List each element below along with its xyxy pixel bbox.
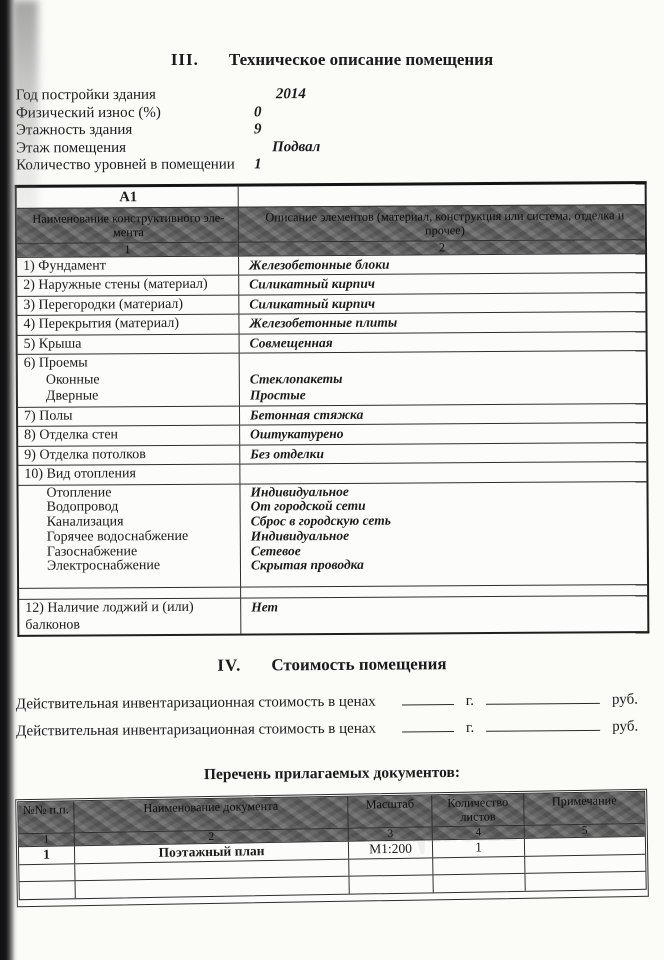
info-label: Физический износ (%) [16,104,240,122]
element-desc: От городской сети [251,497,643,514]
element-name: Отопление [24,485,235,501]
element-desc-cell: Бетонная стяжка [240,403,646,424]
element-name: 6) Проемы [24,354,235,372]
element-desc [251,586,643,596]
info-label: Этажность здания [16,121,240,139]
doc-col-header-note: Примечание [524,792,644,825]
element-name: Дверные [24,387,235,405]
year-blank-field [402,718,454,732]
currency-suffix: руб. [612,686,638,713]
col-header-description: Описание элементов (материал, конструкци… [239,205,645,241]
info-label: Количество уровней в помещении [16,156,240,174]
elements-table: А1 Наименование конструктивного эле­мент… [15,181,650,637]
col-number: 5 [525,824,645,838]
element-desc [250,352,642,371]
doc-cell [525,837,645,855]
element-desc-cell: Железобетонные плиты [239,312,645,333]
element-name: 2) Наружные стены (материал) [23,276,234,294]
cost-label: Действительная инвентаризационная стоимо… [16,688,376,718]
documents-table: №№ п.п. Наименование документа Масштаб К… [17,791,647,900]
info-value: Подвал [240,139,320,157]
element-name-cell: 1) Фундамент [17,256,239,276]
amount-blank-field [486,690,600,705]
info-value: 1 [240,156,262,174]
table-row: 12) Наличие лоджий и (или) балконовНет [19,595,647,635]
info-value: 2014 [240,86,306,104]
element-name: Газоснабжение [25,544,236,560]
doc-col-header-num: №№ п.п. [18,801,75,833]
scan-edge [0,0,18,960]
element-name-cell: 5) Крыша [18,334,240,354]
element-name: 9) Отделка потолков [24,446,235,464]
watermark-text: Циан [381,790,518,856]
element-name: 4) Перекрытия (материал) [23,315,234,333]
document-page: III. Техническое описание помещения Год … [0,0,664,960]
element-name [25,588,236,597]
element-name-cell: 6) ПроемыОконныеДверные [18,353,240,406]
element-desc: Сброс в городскую сеть [251,512,643,529]
element-desc: Индивидуальное [250,482,642,499]
doc-cell [433,874,525,892]
doc-cell [19,864,75,881]
element-name-cell: 8) Отделка стен [18,425,240,445]
col-number: 1 [19,833,75,846]
element-name-cell: ОтоплениеВодопроводКанализацияГорячее во… [18,484,241,588]
element-desc-cell: Без отделки [240,442,646,463]
element-desc: Силикатный кирпич [249,274,641,293]
section-iii-heading: Техническое описание помещения [229,50,493,70]
element-desc-cell: Нет [241,596,647,633]
section-iv-heading: Стоимость помещения [271,654,446,675]
element-name-cell: 2) Наружные стены (материал) [17,275,239,295]
documents-list-title: Перечень прилагаемых документов: [16,762,648,786]
element-desc-cell: Силикатный кирпич [239,273,645,294]
element-desc-cell: Силикатный кирпич [239,292,645,313]
element-desc: Стеклопакеты [250,368,642,387]
table-corner-row: А1 [17,184,645,208]
element-name: Электроснабжение [25,559,236,575]
element-name-cell: 3) Перегородки (материал) [17,295,239,315]
element-desc [250,463,642,482]
year-suffix: г. [466,688,474,715]
col-header-name: Наименование конструктивного эле­мента [17,207,239,242]
col-number: 2 [239,240,645,255]
document-content: III. Техническое описание помещения Год … [16,0,648,901]
element-name: 5) Крыша [24,335,235,353]
element-name-cell: 7) Полы [18,406,240,426]
element-desc-cell [240,462,646,483]
table-row: ОтоплениеВодопроводКанализацияГорячее во… [18,480,647,588]
doc-cell [349,858,433,876]
currency-suffix: руб. [612,713,638,740]
element-name-cell: 10) Вид отопления [18,464,240,484]
doc-cell [349,875,433,893]
element-name-cell: 4) Перекрытия (материал) [17,314,239,334]
year-blank-field [402,691,454,705]
element-name-cell: 12) Наличие лоджий и (или) балконов [19,598,241,634]
info-row: Количество уровней в помещении 1 [16,155,648,175]
element-name-cell [19,587,241,598]
element-desc-cell [241,585,647,597]
element-desc: Оштукатурено [250,424,642,443]
element-name-cell: 9) Отделка потолков [18,445,240,465]
element-desc: Совмещенная [250,332,642,351]
element-desc: Силикатный кирпич [249,293,641,312]
element-name: 8) Отделка стен [24,426,235,444]
info-value: 0 [240,104,262,122]
element-name: Оконные [24,371,235,389]
table-corner-empty [239,184,645,206]
element-desc: Бетонная стяжка [250,404,642,423]
element-desc-cell: ИндивидуальноеОт городской сетиСброс в г… [240,481,647,586]
watermark: ⌂ Циан [337,790,518,857]
element-name: Канализация [25,514,236,530]
amount-blank-field [486,717,600,732]
element-desc-cell: Железобетонные блоки [239,253,645,274]
doc-cell [20,881,76,898]
section-iii-number: III. [171,50,199,70]
element-desc: Скрытая проводка [251,556,643,573]
doc-col-header-name: Наименование документа [74,797,348,833]
element-name: Горячее водоснабжение [25,529,236,545]
table-row: 6) ПроемыОконныеДверныеСтеклопакетыПрост… [18,350,646,406]
element-name: 1) Фундамент [23,257,234,275]
table-corner-label: А1 [17,186,239,207]
doc-cell [525,872,645,890]
cost-line: Действительная инвентаризационная стоимо… [16,713,648,745]
element-name: 12) Наличие лоджий и (или) балконов [25,599,236,633]
doc-cell [433,856,525,874]
building-info-block: Год постройки здания 2014 Физический изн… [16,85,648,175]
doc-cell [76,876,350,897]
element-desc: Простые [250,385,642,404]
year-suffix: г. [466,715,474,742]
element-desc: Железобетонные плиты [249,313,641,332]
element-name: Водопровод [25,499,236,515]
section-iv-number: IV. [217,655,241,675]
doc-cell: 1 [19,846,75,863]
col-number: 1 [17,242,239,256]
info-value: 9 [240,121,262,139]
element-desc: Сетевое [251,541,643,558]
element-name: 3) Перегородки (материал) [23,296,234,314]
info-label: Этаж помещения [16,139,240,157]
cost-lines: Действительная инвентаризационная стоимо… [16,686,648,745]
info-label: Год постройки здания [16,86,240,104]
watermark-house-icon: ⌂ [338,800,369,851]
element-desc-cell: Совмещенная [240,331,646,352]
element-desc: Нет [251,597,643,616]
element-desc-cell: Оштукатурено [240,423,646,444]
element-name: 10) Вид отопления [24,465,235,483]
cost-label: Действительная инвентаризационная стоимо… [16,715,376,745]
element-name: 7) Полы [24,407,235,425]
documents-table-frame: №№ п.п. Наименование документа Масштаб К… [15,789,649,907]
doc-cell [525,854,645,872]
elements-table-header: Наименование конструктивного эле­мента О… [17,204,645,243]
section-iii-title: III. Техническое описание помещения [16,50,648,70]
element-desc: Железобетонные блоки [249,254,641,273]
element-desc-cell: СтеклопакетыПростые [240,351,646,405]
section-iv-title: IV. Стоимость помещения [16,653,648,677]
element-desc: Индивидуальное [251,526,643,543]
element-desc: Без отделки [250,443,642,462]
